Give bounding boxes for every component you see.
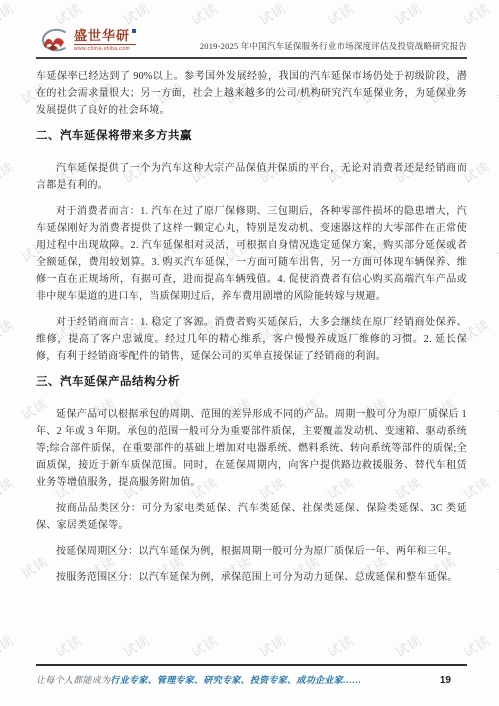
paragraph: 延保产品可以根据承包的周期、范围的差异形成不同的产品。周期一般可分为原厂质保后 …	[36, 406, 467, 491]
logo-swoosh-icon	[36, 27, 70, 54]
slogan-prefix: 让每个人都能成为	[36, 675, 110, 685]
watermark-text: 试读	[255, 630, 289, 661]
section-heading-3: 三、汽车延保产品结构分析	[36, 374, 467, 391]
watermark-text: 试读	[459, 630, 493, 661]
paragraph-intro: 车延保率已经达到了 90%以上。参考国外发展经验，我国的汽车延保市场仍处于初级阶…	[36, 68, 467, 119]
watermark-text: 试读	[255, 0, 289, 29]
paragraph: 按商品品类区分：可分为家电类延保、汽车类延保、社保类延保、保险类延保、3C 类延…	[36, 500, 467, 534]
report-title: 2019-2025 年中国汽车延保服务行业市场深度评估及投资战略研究报告	[200, 40, 467, 54]
watermark-text: 试读	[391, 630, 425, 661]
watermark-text: 试读	[187, 630, 221, 661]
paragraph: 对于经销商而言：1. 稳定了客源。消费者购买延保后，大多会继续在原厂经销商处保养…	[36, 314, 467, 365]
logo-text-block: 盛世华研 www.china-shiba.com	[74, 29, 136, 52]
document-page: 试读试读试读试读试读试读试读试读试读试读试读试读试读试读试读试读试读试读试读试读…	[0, 0, 499, 706]
watermark-text: 试读	[51, 630, 85, 661]
logo: 盛世华研 www.china-shiba.com	[36, 27, 136, 54]
logo-name: 盛世华研	[74, 28, 130, 43]
watermark-text: 试读	[323, 630, 357, 661]
page-header: 盛世华研 www.china-shiba.com 2019-2025 年中国汽车…	[36, 27, 467, 59]
page-number: 19	[440, 675, 467, 686]
watermark-text: 试读	[391, 0, 425, 29]
watermark-text: 试读	[0, 0, 17, 29]
logo-url: www.china-shiba.com	[74, 44, 136, 52]
watermark-text: 试读	[323, 0, 357, 29]
watermark-text: 试读	[493, 235, 499, 266]
document-body: 车延保率已经达到了 90%以上。参考国外发展经验，我国的汽车延保市场仍处于初级阶…	[36, 68, 467, 586]
watermark-text: 试读	[493, 77, 499, 108]
watermark-text: 试读	[0, 472, 17, 503]
watermark-text: 试读	[493, 393, 499, 424]
paragraph: 汽车延保提供了一个为汽车这种大宗产品保值并保质的平台，无论对消费者还是经销商而言…	[36, 160, 467, 194]
paragraph: 对于消费者而言：1. 汽车在过了原厂保修期、三包期后，各种零部件损坏的隐患增大，…	[36, 203, 467, 305]
section-heading-2: 二、汽车延保将带来多方共赢	[36, 128, 467, 145]
footer-slogan: 让每个人都能成为行业专家、管理专家、研究专家、投资专家、成功企业家……	[36, 673, 362, 686]
watermark-text: 试读	[119, 0, 153, 29]
watermark-text: 试读	[187, 0, 221, 29]
paragraph: 按服务范围区分：以汽车延保为例，承保范围上可分为动力延保、总成延保和整车延保。	[36, 569, 467, 586]
watermark-text: 试读	[119, 630, 153, 661]
watermark-text: 试读	[0, 314, 17, 345]
page-footer: 让每个人都能成为行业专家、管理专家、研究专家、投资专家、成功企业家…… 19	[36, 664, 467, 686]
watermark-text: 试读	[493, 551, 499, 582]
watermark-text: 试读	[51, 0, 85, 29]
watermark-text: 试读	[0, 630, 17, 661]
watermark-text: 试读	[459, 0, 493, 29]
logo-trademark-icon	[132, 29, 136, 33]
slogan-highlight: 行业专家、管理专家、研究专家、投资专家、成功企业家……	[110, 675, 361, 685]
watermark-text: 试读	[0, 156, 17, 187]
paragraph: 按延保周期区分：以汽车延保为例，根据周期一般可分为原厂质保后一年、两年和三年。	[36, 543, 467, 560]
